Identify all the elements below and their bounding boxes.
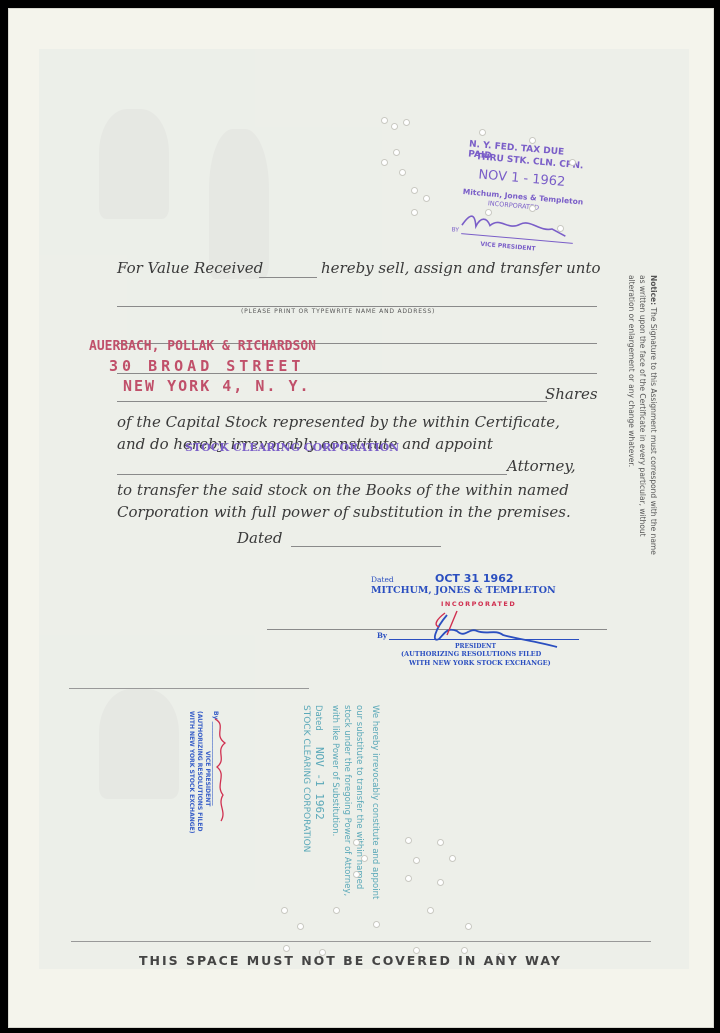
substitution-dated-label: Dated bbox=[313, 705, 323, 731]
broker-note1: (AUTHORIZING RESOLUTIONS FILED bbox=[401, 650, 541, 658]
transfer-text: to transfer the said stock on the Books … bbox=[117, 481, 569, 499]
footer-rule bbox=[71, 941, 651, 942]
signature-notice: Notice: The Signature to this Assignment… bbox=[623, 275, 659, 565]
vp-stamp-note2: WITH NEW YORK STOCK EXCHANGE) bbox=[187, 711, 195, 834]
notice-label: Notice: bbox=[649, 275, 658, 305]
dated-label: Dated bbox=[237, 529, 282, 547]
broker-firm: MITCHUM, JONES & TEMPLETON bbox=[371, 585, 556, 596]
attorney-stamp: STOCK CLEARING CORPORATION bbox=[185, 441, 399, 454]
shares-label: Shares bbox=[545, 385, 598, 403]
notice-text: The Signature to this Assignment must co… bbox=[627, 275, 658, 555]
tax-paid-stamp: N. Y. FED. TAX DUE PAID THRU STK. CLN. C… bbox=[449, 139, 589, 270]
attorney-label: Attorney, bbox=[507, 457, 576, 475]
for-value-received: For Value Received bbox=[117, 259, 263, 277]
dated-line[interactable] bbox=[291, 546, 441, 547]
address-stamp-line1: AUERBACH, POLLAK & RICHARDSON bbox=[89, 339, 316, 354]
tax-stamp-title: VICE PRESIDENT bbox=[480, 241, 536, 253]
broker-dated-label: Dated bbox=[371, 575, 394, 584]
substitution-line4: with like Power of Substitution. bbox=[329, 705, 341, 899]
substitution-line3: stock under the foregoing Power of Attor… bbox=[341, 705, 353, 899]
assignee-line[interactable] bbox=[117, 306, 597, 307]
substitution-text: Corporation with full power of substitut… bbox=[117, 503, 571, 521]
vp-signature-red bbox=[209, 715, 233, 825]
guarantee-line bbox=[69, 688, 309, 689]
substitution-date: NOV -1 1962 bbox=[313, 747, 326, 820]
vp-stamp-note1: (AUTHORIZING RESOLUTIONS FILED bbox=[195, 711, 203, 834]
print-note: (PLEASE PRINT OR TYPEWRITE NAME AND ADDR… bbox=[241, 308, 435, 315]
capital-stock-text: of the Capital Stock represented by the … bbox=[117, 413, 560, 431]
substitution-line1: We hereby irrevocably constitute and app… bbox=[369, 705, 381, 899]
attorney-line[interactable] bbox=[117, 474, 507, 475]
vp-signature-purple bbox=[459, 209, 570, 241]
broker-by: By bbox=[377, 631, 387, 640]
shares-line[interactable] bbox=[117, 401, 547, 402]
tower-shape bbox=[209, 129, 269, 279]
vignette-shape-lower bbox=[99, 689, 179, 799]
tax-stamp-date: NOV 1 - 1962 bbox=[478, 167, 566, 190]
substitution-stamp: We hereby irrevocably constitute and app… bbox=[300, 705, 381, 899]
substitution-firm: STOCK CLEARING CORPORATION bbox=[300, 705, 312, 899]
broker-note2: WITH NEW YORK STOCK EXCHANGE) bbox=[409, 659, 551, 667]
footer-warning: THIS SPACE MUST NOT BE COVERED IN ANY WA… bbox=[139, 953, 562, 968]
president-signature bbox=[417, 609, 567, 649]
certificate-paper: For Value Received hereby sell, assign a… bbox=[8, 8, 714, 1028]
value-line[interactable] bbox=[259, 277, 317, 278]
tax-stamp-by: BY bbox=[451, 226, 459, 234]
broker-date: OCT 31 1962 bbox=[435, 572, 514, 585]
broker-inc: INCORPORATED bbox=[441, 600, 516, 608]
address-stamp-line2: 30 BROAD STREET bbox=[109, 357, 304, 375]
address-stamp-line3: NEW YORK 4, N. Y. bbox=[123, 377, 311, 395]
vignette-shape bbox=[99, 109, 169, 219]
